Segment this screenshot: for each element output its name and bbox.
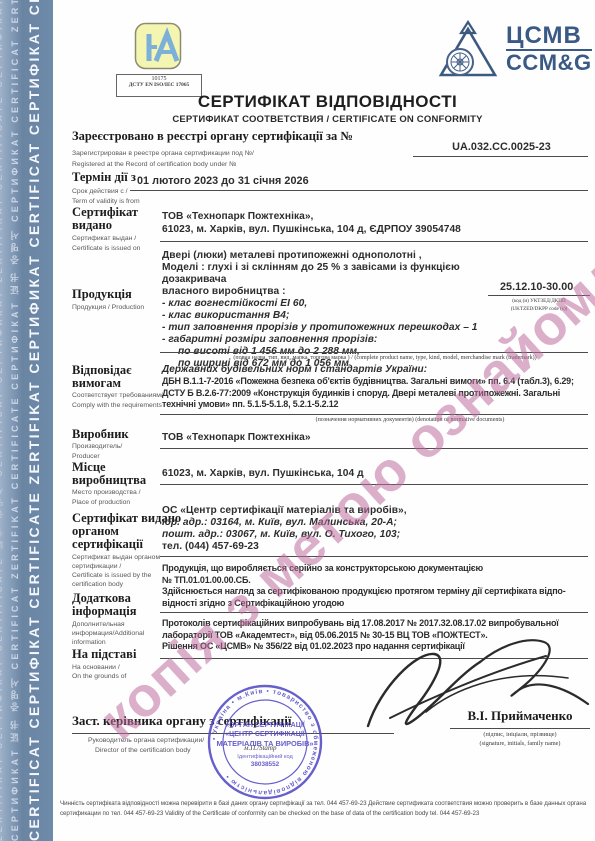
- stamp-line2: «ЦЕНТР СЕРТИФІКАЦІЇ: [225, 730, 306, 738]
- issued-to-line2: 61023, м. Харків, вул. Пушкінська, 104 д…: [162, 224, 461, 236]
- registered-sub-ru: Зарегистрирован в реестре органа сертифи…: [72, 149, 254, 159]
- certification-stamp: • Україна • м.Київ • товариство з обмеже…: [203, 680, 327, 809]
- requirements-line: технічні умови» пп. 5.1.5-5.1.8, 5.2.1-5…: [162, 399, 592, 411]
- requirements-label: Відповідає вимогам: [72, 364, 157, 390]
- document-subtitle: СЕРТИФИКАТ СООТВЕТСТВИЯ / CERTIFICATE ON…: [70, 114, 585, 125]
- issued-to-rule: [160, 241, 588, 242]
- place-sub-en: Place of production: [72, 498, 130, 508]
- requirements-intro: Державних будівельних норм і стандартів …: [162, 364, 427, 376]
- validity-sub-ru: Срок действия с /: [72, 187, 128, 197]
- csmv-logo: [436, 20, 500, 85]
- issued-to-line1: ТОВ «Технопарк Пожтехніка»,: [162, 211, 313, 223]
- additional-label: Додаткова інформація: [72, 592, 172, 618]
- org-abbr-en: CCM&G: [506, 49, 592, 75]
- issued-by-line: пошт. адр.: 03067, м. Київ, вул. О. Тихо…: [162, 529, 592, 541]
- production-sub: Продукция / Production: [72, 303, 144, 313]
- triangle-globe-icon: [436, 20, 500, 80]
- strip-text-large: CERTIFICAT СЕРТИФІКАТ CERTIFICATE ZERTIF…: [26, 0, 42, 841]
- issued-by-line: тел. (044) 457-69-23: [162, 541, 592, 553]
- issued-to-label: Сертифікат видано: [72, 206, 164, 232]
- issued-to-sub-en: Certificate is issued on: [72, 244, 140, 254]
- production-line: Двері (люки) металеві протипожежні одноп…: [162, 250, 492, 262]
- production-label: Продукція: [72, 288, 132, 301]
- signatory-sub-en: Director of the certification body: [95, 746, 191, 756]
- validity-label: Термін дії з: [72, 171, 136, 184]
- multilingual-side-strip: ZERTIFIKAT СЕРТИФІКАТ CERTIFICATE 证书 증명서…: [0, 0, 53, 841]
- production-line: - габаритні розміри заповнення прорізів:: [162, 334, 492, 346]
- footer-line2: сертификации по тел. 044 457-69-23 Valid…: [60, 809, 592, 819]
- production-line: - клас вогнестійкості ЕІ 60,: [162, 298, 492, 310]
- stamp-line4: Ідентифікаційний код: [237, 753, 293, 760]
- stamp-line1: «ОРГАН СЕРТИФІКАЦІЇ: [225, 721, 306, 729]
- production-line: - тип заповнення прорізів у протипожежни…: [162, 322, 492, 334]
- requirements-sub-en: Comply with the requirements: [72, 401, 162, 411]
- accreditation-logo: [134, 22, 182, 75]
- registered-label: Зареєстровано в реєстрі органу сертифіка…: [72, 130, 382, 143]
- signature-ink-icon: [330, 628, 592, 748]
- certificate-number-underline: [413, 156, 588, 157]
- validity-underline: [130, 190, 588, 191]
- issued-by-rule: [160, 556, 588, 557]
- stamp-line3: МАТЕРІАЛІВ ТА ВИРОБІВ»: [216, 739, 313, 748]
- additional-line: Продукція, що виробляється серійно за ко…: [162, 563, 594, 575]
- production-line: Моделі : глухі і зі склінням до 25 % з з…: [162, 262, 492, 286]
- producer-sub-ru: Производитель/: [72, 442, 122, 452]
- issued-by-sub4: certification body: [72, 580, 123, 590]
- place-label: Місце виробництва: [72, 461, 162, 487]
- validity-value: 01 лютого 2023 до 31 січня 2026: [137, 175, 309, 188]
- requirements-sub-ru: Соответствует требованиям/: [72, 391, 163, 401]
- grounds-label: На підставі: [72, 648, 136, 661]
- issued-to-sub-ru: Сертификат выдан /: [72, 234, 136, 244]
- strip-text-small: СЕРТИФИКАТ 证书 증명서 CERTIFICAT ZERTIFIKAT …: [8, 0, 21, 841]
- signatory-sub-ru: Руководитель органа сертификации/: [88, 736, 204, 746]
- strip-text-faint: ZERTIFIKAT СЕРТИФІКАТ CERTIFICATE 证书 증명서…: [0, 0, 5, 841]
- document-title: СЕРТИФІКАТ ВІДПОВІДНОСТІ: [70, 92, 585, 112]
- stamp-line5: 38038552: [251, 761, 280, 768]
- producer-value: ТОВ «Технопарк Пожтехніка»: [162, 432, 311, 444]
- certificate-number: UA.032.CC.0025-23: [415, 141, 588, 154]
- org-abbr-ua: ЦСМВ: [506, 24, 592, 48]
- producer-label: Виробник: [72, 428, 129, 441]
- accreditation-standard: ДСТУ EN ISO/IEC 17065: [117, 82, 201, 88]
- production-line: - клас використання В4;: [162, 310, 492, 322]
- requirements-line: ДСТУ Б В.2.6-77:2009 «Конструкція будинк…: [162, 388, 592, 400]
- place-sub-ru: Место производства /: [72, 488, 141, 498]
- production-line: власного виробництва :: [162, 286, 492, 298]
- csmv-wordmark: ЦСМВ CCM&G: [506, 24, 592, 75]
- registered-sub-en: Registered at the Record of certificatio…: [72, 160, 236, 170]
- round-stamp-icon: • Україна • м.Київ • товариство з обмеже…: [203, 680, 327, 804]
- na-monogram-icon: [134, 22, 182, 70]
- requirements-rule: [160, 414, 588, 415]
- signature-strokes: [330, 628, 592, 753]
- certificate-page: ZERTIFIKAT СЕРТИФІКАТ CERTIFICATE 证书 증명서…: [0, 0, 595, 841]
